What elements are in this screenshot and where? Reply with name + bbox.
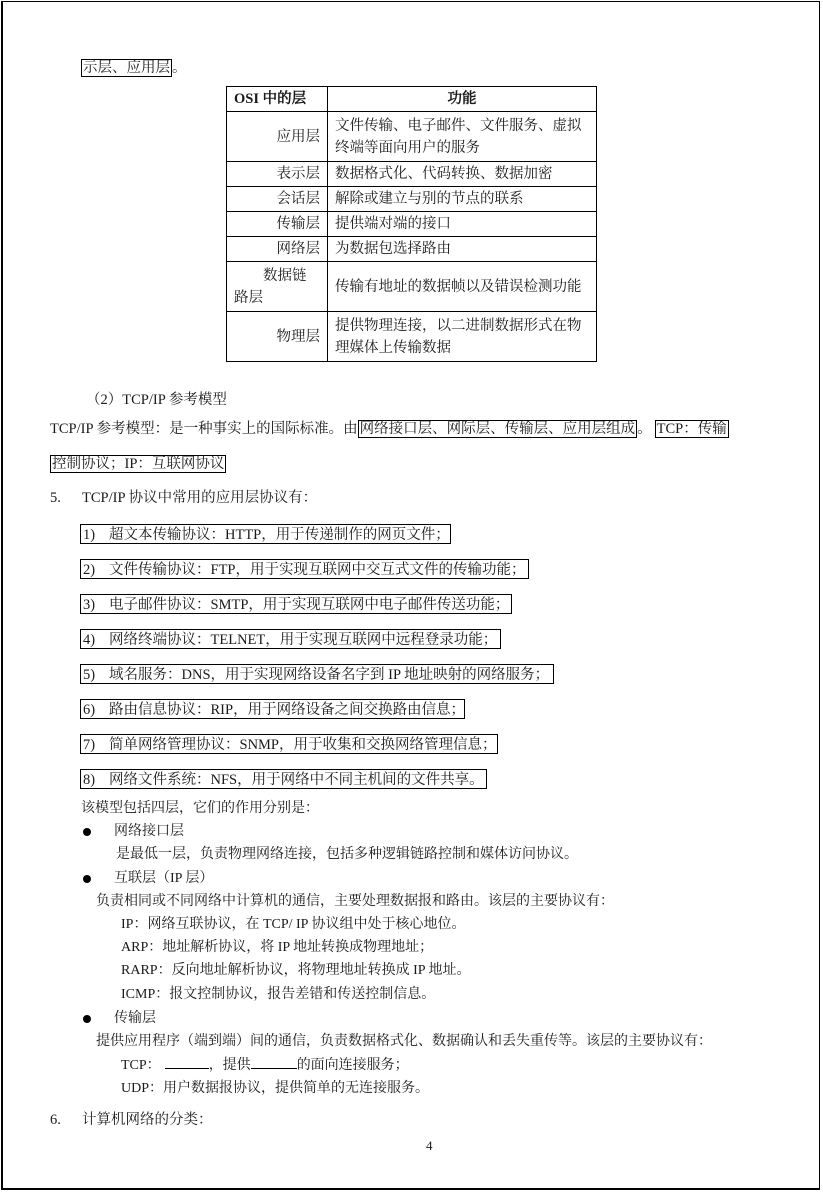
layers-boxed: 网络接口层、网际层、传输层、应用层组成 <box>358 420 638 438</box>
protocol-item-rip: 6)路由信息协议：RIP，用于网络设备之间交换路由信息； <box>80 699 465 719</box>
table-row: 数据链路层 传输有地址的数据帧以及错误检测功能 <box>227 262 597 312</box>
blank-field-2 <box>251 1056 297 1069</box>
protocol-item-nfs: 8)网络文件系统：NFS，用于网络中不同主机间的文件共享。 <box>80 769 487 789</box>
layer-cell: 物理层 <box>227 312 328 362</box>
layer-cell: 传输层 <box>227 212 328 237</box>
layer-cell: 表示层 <box>227 162 328 187</box>
protocol-item-dns: 5)域名服务：DNS，用于实现网络设备名字到 IP 地址映射的网络服务； <box>80 664 554 684</box>
internet-protocol-icmp: ICMP：报文控制协议，报告差错和传送控制信息。 <box>121 986 435 1004</box>
bullet-transport-layer: 传输层 <box>83 1010 156 1028</box>
table-row: 物理层 提供物理连接，以二进制数据形式在物理媒体上传输数据 <box>227 312 597 362</box>
blank-field-1 <box>165 1056 209 1069</box>
internet-protocol-ip: IP：网络互联协议，在 TCP/ IP 协议组中处于核心地位。 <box>121 916 465 934</box>
tcpip-intro-line2: 控制协议；IP：互联网协议 <box>50 455 226 473</box>
tcp-boxed: TCP：传输 <box>655 420 729 438</box>
function-cell: 提供物理连接，以二进制数据形式在物理媒体上传输数据 <box>328 312 597 362</box>
internet-layer-desc: 负责相同或不同网络中计算机的通信，主要处理数据报和路由。该层的主要协议有： <box>96 893 614 911</box>
table-header-row: OSI 中的层 功能 <box>227 87 597 112</box>
bullet-icon <box>83 875 91 883</box>
protocol-item-ftp: 2)文件传输协议：FTP，用于实现互联网中交互式文件的传输功能； <box>80 559 529 579</box>
protocol-item-smtp: 3)电子邮件协议：SMTP，用于实现互联网中电子邮件传送功能； <box>80 594 512 614</box>
section-6-heading: 6.计算机网络的分类： <box>50 1111 213 1129</box>
layer-cell: 数据链路层 <box>227 262 328 312</box>
tcpip-intro-line: TCP/IP 参考模型：是一种事实上的国际标准。由网络接口层、网际层、传输层、应… <box>50 420 729 438</box>
layer-cell: 应用层 <box>227 112 328 162</box>
top-fragment: 示层、应用层。 <box>81 59 187 77</box>
layer-cell: 会话层 <box>227 187 328 212</box>
function-cell: 解除或建立与别的节点的联系 <box>328 187 597 212</box>
transport-protocol-tcp: TCP：，提供的面向连接服务； <box>121 1056 409 1075</box>
table-row: 网络层 为数据包选择路由 <box>227 237 597 262</box>
internet-protocol-rarp: RARP：反向地址解析协议，将物理地址转换成 IP 地址。 <box>121 962 471 980</box>
function-cell: 文件传输、电子邮件、文件服务、虚拟终端等面向用户的服务 <box>328 112 597 162</box>
bullet-icon <box>83 1015 91 1023</box>
table-row: 传输层 提供端对端的接口 <box>227 212 597 237</box>
function-cell: 数据格式化、代码转换、数据加密 <box>328 162 597 187</box>
layer-cell: 网络层 <box>227 237 328 262</box>
bullet-icon <box>83 828 91 836</box>
bullet-internet-layer: 互联层（IP 层） <box>83 870 213 888</box>
section-5-heading: 5.TCP/IP 协议中常用的应用层协议有： <box>50 489 317 507</box>
function-cell: 提供端对端的接口 <box>328 212 597 237</box>
tcpip-heading: （2）TCP/IP 参考模型 <box>86 391 227 409</box>
protocol-item-snmp: 7)简单网络管理协议：SNMP，用于收集和交换网络管理信息； <box>80 734 498 754</box>
page-number: 4 <box>426 1137 433 1155</box>
header-function: 功能 <box>328 87 597 112</box>
top-fragment-boxed: 示层、应用层 <box>81 59 172 77</box>
four-layers-intro: 该模型包括四层，它们的作用分别是： <box>81 800 319 818</box>
table-row: 表示层 数据格式化、代码转换、数据加密 <box>227 162 597 187</box>
transport-protocol-udp: UDP：用户数据报协议，提供简单的无连接服务。 <box>121 1080 429 1098</box>
header-osi-layer: OSI 中的层 <box>227 87 328 112</box>
network-interface-desc: 是最低一层，负责物理网络连接，包括多种逻辑链路控制和媒体访问协议。 <box>116 846 578 864</box>
transport-layer-desc: 提供应用程序（端到端）间的通信，负责数据格式化、数据确认和丢失重传等。该层的主要… <box>96 1033 712 1051</box>
internet-protocol-arp: ARP：地址解析协议，将 IP 地址转换成物理地址； <box>121 939 433 957</box>
function-cell: 为数据包选择路由 <box>328 237 597 262</box>
protocol-item-telnet: 4)网络终端协议：TELNET，用于实现互联网中远程登录功能； <box>80 629 501 649</box>
osi-layer-table: OSI 中的层 功能 应用层 文件传输、电子邮件、文件服务、虚拟终端等面向用户的… <box>226 86 597 362</box>
protocol-item-http: 1)超文本传输协议：HTTP，用于传递制作的网页文件； <box>80 524 451 544</box>
protocol-boxed: 控制协议；IP：互联网协议 <box>50 455 226 473</box>
bullet-network-interface: 网络接口层 <box>83 823 184 841</box>
table-row: 会话层 解除或建立与别的节点的联系 <box>227 187 597 212</box>
table-row: 应用层 文件传输、电子邮件、文件服务、虚拟终端等面向用户的服务 <box>227 112 597 162</box>
function-cell: 传输有地址的数据帧以及错误检测功能 <box>328 262 597 312</box>
